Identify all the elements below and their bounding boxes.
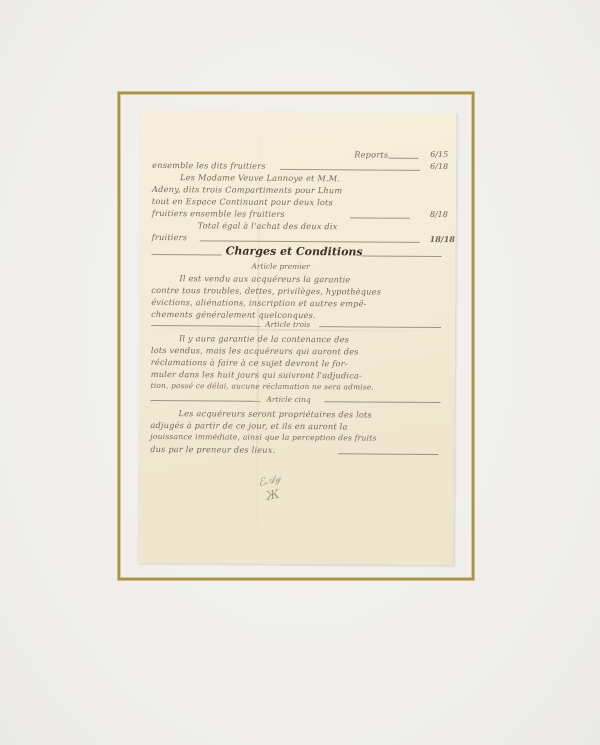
section-rule-right [325,401,441,403]
section-heading: Article premier [251,262,309,271]
section-line: Les acquéreurs seront propriétaires des … [178,408,372,419]
header-amount: 6/15 [430,150,448,159]
line-rule [200,240,420,243]
section-line: évictions, aliénations, inscription et a… [151,297,366,309]
top-line: Total égal à l'achat des deux dix [198,220,338,231]
document-paper: Reports 6/15 ensemble les dits fruitiers… [137,111,456,565]
closing-rule [338,453,438,455]
section-line: dus par le preneur des lieux. [150,444,275,455]
section-heading: Article cinq [267,395,311,404]
top-line: fruitiers ensemble les fruitiers [152,208,285,219]
section-line: muler dans les huit jours qui suivront l… [151,369,362,380]
section-line: adjugés à partir de ce jour, et ils en a… [150,420,347,431]
top-line-amount: 8/18 [430,210,448,219]
top-line: ensemble les dits fruitiers [152,160,266,171]
section-line: jouissance immédiate, ainsi que la perce… [150,432,376,443]
section-line: Il est vendu aux acquéreurs la garantie [179,273,350,284]
line-rule [280,169,420,171]
document-title: Charges et Conditions [226,244,363,258]
line-rule [350,217,410,218]
section-rule-left [151,400,261,402]
section-line: tion, passé ce délai, aucune réclamation… [151,381,374,392]
top-line: Adeny, dits trois Compartiments pour Lhu… [152,184,342,195]
section-rule-right [319,326,441,328]
top-line: tout en Espace Continuant pour deux lots [152,196,333,207]
section-line: Il y aura garantie de la contenance des [179,333,349,344]
signature-flourish: Ж [265,487,281,503]
section-line: chements généralement quelconques. [151,309,316,320]
title-rule-right [362,255,442,257]
total-amount: 18/18 [430,234,455,244]
header-rule [388,158,418,159]
section-line: lots vendus, mais les acquéreurs qui aur… [151,345,359,356]
section-line: réclamations à faire à ce sujet devront … [151,357,348,368]
section-heading: Article trois [265,320,310,329]
top-line-amount: 6/18 [430,162,448,171]
title-rule-left [152,254,222,255]
top-line: Les Madame Veuve Lannoye et M.M. [180,172,340,183]
header-right-text: Reports [354,149,388,159]
section-rule-left [151,325,261,327]
section-line: contre tous troubles, dettes, privilèges… [151,285,381,297]
top-line: fruitiers [152,232,188,242]
